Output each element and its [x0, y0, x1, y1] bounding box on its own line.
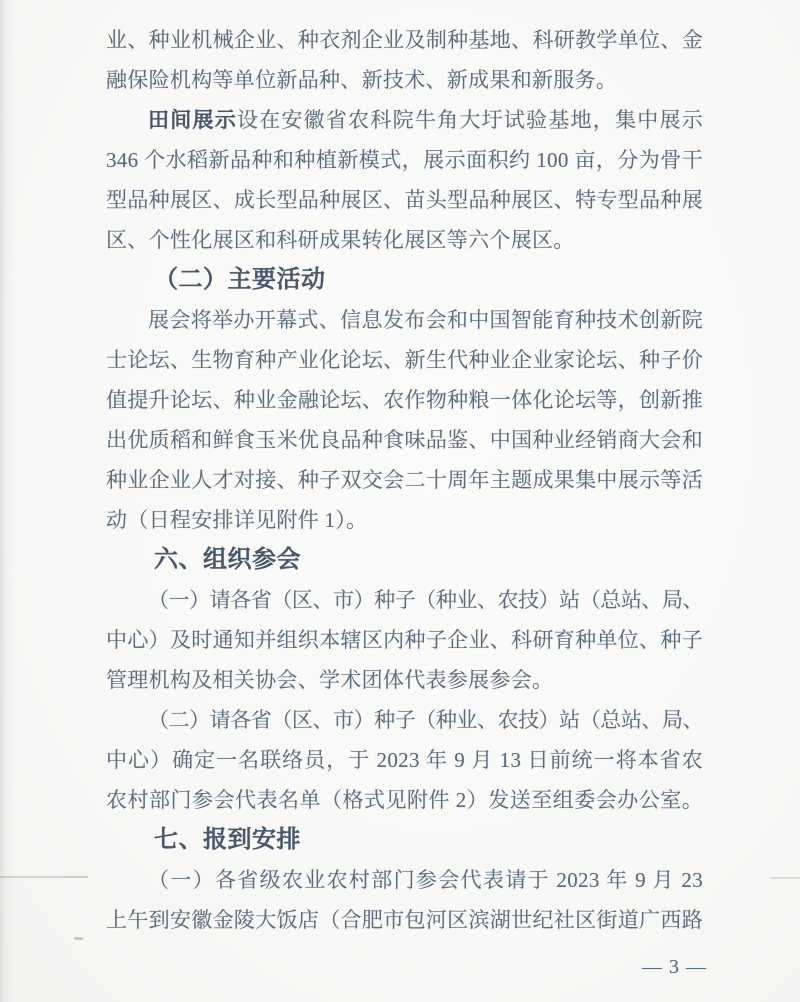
heading-line: 六、组织参会 [106, 540, 703, 580]
text-line: 展会将举办开幕式、信息发布会和中国智能育种技术创新院 [106, 300, 703, 340]
scanned-document-page: 业、种业机械企业、种衣剂企业及制种基地、科研教学单位、金融保险机构等单位新品种、… [0, 0, 800, 1002]
text-run: 业、种业机械企业、种衣剂企业及制种基地、科研教学单位、金 [106, 28, 703, 52]
scan-streak-right [770, 877, 800, 879]
text-line: 出优质稻和鲜食玉米优良品种食味品鉴、中国种业经销商大会和 [106, 420, 703, 460]
text-run: 上午到安徽金陵大饭店（合肥市包河区滨湖世纪社区街道广西路 [106, 908, 703, 932]
text-line: 融保险机构等单位新品种、新技术、新成果和新服务。 [106, 60, 703, 100]
text-run: 值提升论坛、种业金融论坛、农作物种粮一体化论坛等，创新推 [106, 388, 703, 412]
text-line: 中心）及时通知并组织本辖区内种子企业、科研育种单位、种子 [106, 620, 703, 660]
text-run: 展会将举办开幕式、信息发布会和中国智能育种技术创新院 [148, 308, 703, 332]
heading-line: （二）主要活动 [106, 260, 703, 300]
text-run: 型品种展区、成长型品种展区、苗头型品种展区、特专型品种展 [106, 188, 703, 212]
text-line: 中心）确定一名联络员，于 2023 年 9 月 13 日前统一将本省农业 [106, 740, 703, 780]
text-run: 管理机构及相关协会、学术团体代表参展参会。 [106, 668, 553, 692]
text-line: 型品种展区、成长型品种展区、苗头型品种展区、特专型品种展 [106, 180, 703, 220]
text-run: 中心）确定一名联络员，于 2023 年 9 月 13 日前统一将本省农业 [106, 748, 703, 780]
text-line: 管理机构及相关协会、学术团体代表参展参会。 [106, 660, 703, 700]
text-line: 346 个水稻新品种和种植新模式，展示面积约 100 亩，分为骨干 [106, 140, 703, 180]
text-run: 动（日程安排详见附件 1）。 [106, 508, 367, 532]
text-run: 农村部门参会代表名单（格式见附件 2）发送至组委会办公室。 [106, 788, 703, 812]
heading-line: 七、报到安排 [106, 820, 703, 860]
text-run: 出优质稻和鲜食玉米优良品种食味品鉴、中国种业经销商大会和 [106, 428, 703, 452]
document-body: 业、种业机械企业、种衣剂企业及制种基地、科研教学单位、金融保险机构等单位新品种、… [106, 20, 703, 940]
scan-streak-left [0, 876, 88, 878]
text-line: 士论坛、生物育种产业化论坛、新生代种业企业家论坛、种子价 [106, 340, 703, 380]
text-run: 融保险机构等单位新品种、新技术、新成果和新服务。 [106, 68, 617, 92]
text-run: （二）主要活动 [154, 266, 326, 293]
text-run: （二）请各省（区、市）种子（种业、农技）站（总站、局、 [148, 708, 703, 732]
text-line: 农村部门参会代表名单（格式见附件 2）发送至组委会办公室。 [106, 780, 703, 820]
text-run: 346 个水稻新品种和种植新模式，展示面积约 100 亩，分为骨干 [106, 148, 703, 172]
text-line: 田间展示设在安徽省农科院牛角大圩试验基地，集中展示 [106, 100, 703, 140]
text-run: 中心）及时通知并组织本辖区内种子企业、科研育种单位、种子 [106, 628, 703, 652]
text-run: 设在安徽省农科院牛角大圩试验基地，集中展示 [237, 108, 703, 132]
text-line: 上午到安徽金陵大饭店（合肥市包河区滨湖世纪社区街道广西路 [106, 900, 703, 940]
scan-speck [74, 937, 83, 940]
text-line: 业、种业机械企业、种衣剂企业及制种基地、科研教学单位、金 [106, 20, 703, 60]
text-run: 七、报到安排 [154, 826, 301, 853]
text-run: （一）请各省（区、市）种子（种业、农技）站（总站、局、 [148, 588, 703, 612]
text-line: （一）请各省（区、市）种子（种业、农技）站（总站、局、 [106, 580, 703, 620]
text-line: 动（日程安排详见附件 1）。 [106, 500, 703, 540]
text-run: 六、组织参会 [154, 546, 301, 573]
text-line: （二）请各省（区、市）种子（种业、农技）站（总站、局、 [106, 700, 703, 740]
page-number: — 3 — [642, 953, 707, 981]
text-run: 区、个性化展区和科研成果转化展区等六个展区。 [106, 228, 575, 252]
text-run: 种业企业人才对接、种子双交会二十周年主题成果集中展示等活 [106, 468, 703, 492]
text-run: 田间展示 [148, 109, 237, 132]
text-line: （一）各省级农业农村部门参会代表请于 2023 年 9 月 23 日 [106, 860, 703, 900]
text-run: （一）各省级农业农村部门参会代表请于 2023 年 9 月 23 日 [106, 868, 703, 900]
text-line: 区、个性化展区和科研成果转化展区等六个展区。 [106, 220, 703, 260]
text-line: 种业企业人才对接、种子双交会二十周年主题成果集中展示等活 [106, 460, 703, 500]
text-run: 士论坛、生物育种产业化论坛、新生代种业企业家论坛、种子价 [106, 348, 703, 372]
text-line: 值提升论坛、种业金融论坛、农作物种粮一体化论坛等，创新推 [106, 380, 703, 420]
